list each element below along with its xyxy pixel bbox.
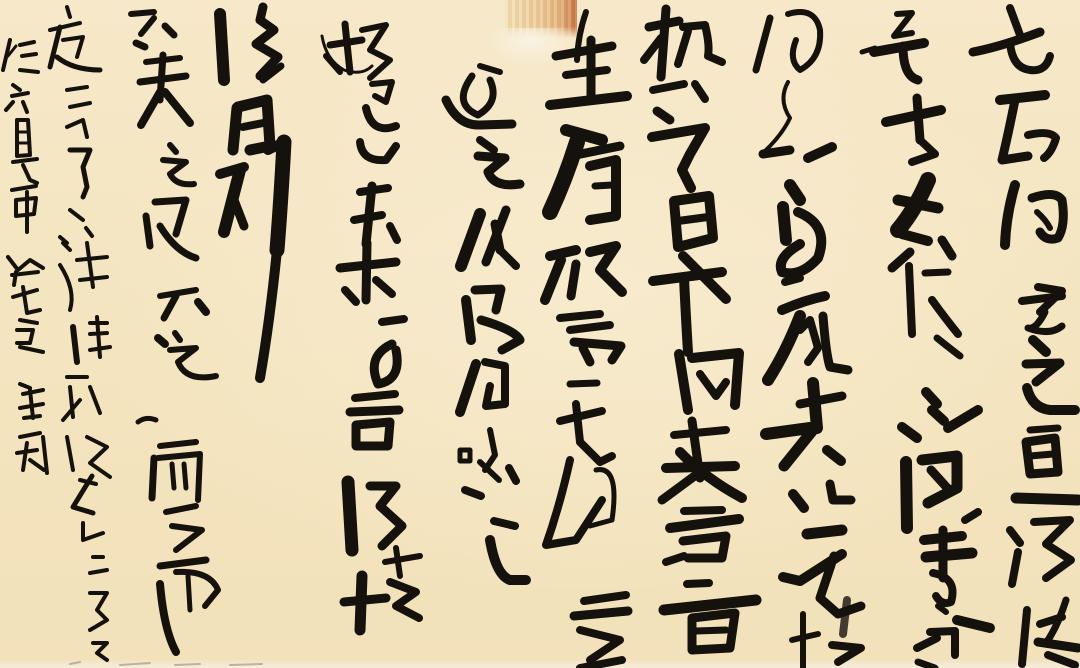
column-10 [50,7,110,660]
character [664,583,756,650]
character [90,317,110,357]
character [874,13,924,80]
calligraphy-scroll: 先民何子之亘深淡 是去燕坐以深當翁 傾不安應去以一首始 机不可異也向史高音 垂簷… [0,0,1080,668]
character [160,506,206,566]
column-2 [874,13,990,668]
character [461,210,516,266]
character [807,530,842,534]
column-6 [446,66,526,580]
character [1022,287,1062,332]
character [546,460,614,545]
character [348,482,402,550]
character [1010,520,1071,584]
column-1 [973,8,1078,665]
bottom-edge-marks [70,662,262,665]
character [793,484,851,508]
character [366,82,396,128]
character [344,548,420,630]
character [1022,600,1078,665]
character [653,84,705,120]
character [490,521,526,580]
character [906,456,978,528]
character [560,314,621,362]
character [550,130,620,220]
character [909,266,960,356]
character [140,55,190,125]
column-8 [220,7,284,378]
character [460,430,495,470]
character [17,433,47,473]
character [170,333,216,377]
character [90,557,107,573]
character [781,185,821,282]
character [73,476,96,513]
character [220,7,281,80]
character [466,289,520,350]
character [131,12,174,47]
character [350,394,399,446]
character [374,344,397,384]
character [3,40,38,72]
character [892,180,952,268]
character [322,24,390,78]
character [766,383,842,466]
character [382,319,404,322]
character [93,643,107,660]
character [666,510,739,562]
character [545,246,622,300]
character [574,595,628,668]
character [652,128,705,188]
character [360,142,396,160]
character [138,418,156,422]
character [12,159,37,190]
character [67,87,90,137]
character [684,278,688,352]
character [20,384,43,418]
column-9 [131,12,218,652]
character [8,257,43,285]
character [152,442,200,500]
character [60,210,92,243]
column-5 [545,12,628,668]
character [644,9,722,77]
character [662,421,742,500]
column-7 [322,24,420,630]
character [763,82,832,158]
character [550,12,627,105]
character [886,98,941,162]
character [653,196,726,299]
character [570,383,597,384]
character [233,100,270,150]
character [478,140,520,185]
character [679,353,739,410]
character [446,66,512,125]
column-11 [3,40,47,473]
character [6,85,28,112]
character [460,362,505,412]
character [1000,95,1056,160]
character [163,145,194,184]
ink-strokes [0,0,1080,668]
character [17,120,30,156]
character [70,150,90,197]
character [917,620,990,668]
character [158,290,206,344]
character [1016,428,1078,500]
character [220,142,284,378]
character [1026,340,1075,410]
character [60,243,107,310]
column-4 [644,9,756,650]
column-3 [756,12,875,668]
character [17,320,43,352]
character [13,287,40,313]
character [146,200,196,258]
character [73,327,77,362]
character [354,186,397,244]
character [50,7,100,70]
character [1005,185,1063,245]
character [83,523,103,540]
character [756,12,875,70]
character [768,296,848,380]
character [924,530,972,612]
character [63,377,100,420]
character [90,593,107,630]
character [67,437,110,477]
character [16,192,36,232]
character [973,8,1050,70]
character [340,243,396,302]
character [160,572,218,652]
character [902,392,978,438]
character [560,404,612,462]
